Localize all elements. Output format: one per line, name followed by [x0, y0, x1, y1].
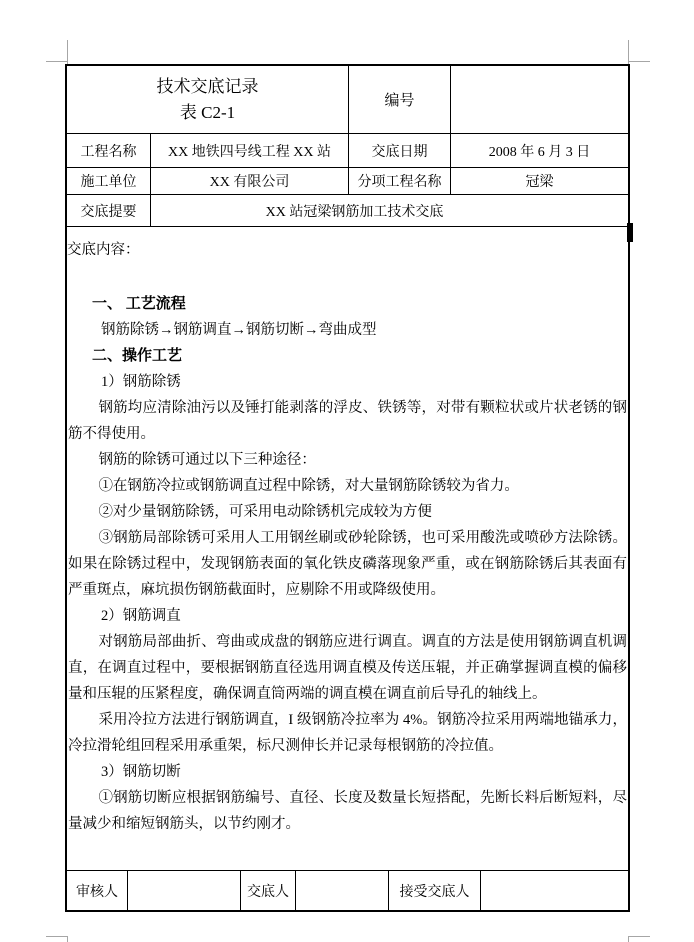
crop-mark-top-left-horizontal: [46, 61, 68, 62]
brief-value: XX 站冠梁钢筋加工技术交底: [151, 195, 628, 226]
number-label: 编号: [349, 66, 451, 133]
unit-row: 施工单位 XX 有限公司 分项工程名称 冠梁: [67, 168, 628, 195]
brief-label: 交底提要: [67, 195, 151, 226]
discloser-signature-cell: [296, 871, 389, 910]
crop-mark-top-right-horizontal: [628, 61, 650, 62]
section2-heading: 二、操作工艺: [68, 343, 627, 369]
content-label: 交底内容：: [67, 237, 627, 263]
item3-paragraph-1: ①钢筋切断应根据钢筋编号、直径、长度及数量长短搭配，先断长料后断短料，尽量减少和…: [68, 785, 627, 837]
document-page: 技术交底记录 表 C2-1 编号 工程名称 XX 地铁四号线工程 XX 站 交底…: [0, 0, 694, 942]
signature-row: 审核人 交底人 接受交底人: [67, 871, 628, 910]
sub-project-value: 冠梁: [451, 168, 628, 194]
form-subtitle: 表 C2-1: [180, 100, 235, 126]
project-name-label: 工程名称: [67, 134, 151, 167]
brief-row: 交底提要 XX 站冠梁钢筋加工技术交底: [67, 195, 628, 227]
item1-paragraph-2: 钢筋的除锈可通过以下三种途径：: [68, 447, 627, 473]
disclosure-date-value: 2008 年 6 月 3 日: [451, 134, 628, 167]
receiver-signature-cell: [481, 871, 628, 910]
item3-title: 3）钢筋切断: [68, 759, 627, 785]
form-title-cell: 技术交底记录 表 C2-1: [67, 66, 349, 133]
project-row: 工程名称 XX 地铁四号线工程 XX 站 交底日期 2008 年 6 月 3 日: [67, 134, 628, 168]
construction-unit-value: XX 有限公司: [151, 168, 349, 194]
number-value: [451, 66, 628, 133]
disclosure-date-label: 交底日期: [349, 134, 451, 167]
crop-mark-bottom-right-vertical: [628, 937, 629, 942]
construction-unit-label: 施工单位: [67, 168, 151, 194]
crop-mark-bottom-right-horizontal: [628, 936, 650, 937]
section1-heading: 一、 工艺流程: [68, 291, 627, 317]
reviewer-signature-cell: [128, 871, 241, 910]
discloser-label: 交底人: [241, 871, 296, 910]
process-flow-line: 钢筋除锈→钢筋调直→钢筋切断→弯曲成型: [68, 317, 627, 343]
item1-title: 1）钢筋除锈: [68, 369, 627, 395]
crop-mark-bottom-left-horizontal: [46, 936, 68, 937]
receiver-label: 接受交底人: [389, 871, 481, 910]
disclosure-record-table: 技术交底记录 表 C2-1 编号 工程名称 XX 地铁四号线工程 XX 站 交底…: [65, 64, 630, 912]
item2-title: 2）钢筋调直: [68, 603, 627, 629]
disclosure-content-area: 交底内容： 一、 工艺流程 钢筋除锈→钢筋调直→钢筋切断→弯曲成型 二、操作工艺…: [67, 227, 628, 871]
item1-paragraph-1: 钢筋均应清除油污以及锤打能剥落的浮皮、铁锈等，对带有颗粒状或片状老锈的钢筋不得使…: [68, 395, 627, 447]
sub-project-label: 分项工程名称: [349, 168, 451, 194]
crop-mark-bottom-left-vertical: [67, 937, 68, 942]
reviewer-label: 审核人: [67, 871, 128, 910]
item1-paragraph-4: ②对少量钢筋除锈，可采用电动除锈机完成较为方便: [68, 499, 627, 525]
item1-paragraph-5: ③钢筋局部除锈可采用人工用钢丝刷或砂轮除锈，也可采用酸洗或喷砂方法除锈。如果在除…: [68, 525, 627, 603]
form-title: 技术交底记录: [157, 74, 259, 100]
item1-paragraph-3: ①在钢筋冷拉或钢筋调直过程中除锈，对大量钢筋除锈较为省力。: [68, 473, 627, 499]
title-row: 技术交底记录 表 C2-1 编号: [67, 66, 628, 134]
right-border-tick: [627, 223, 633, 242]
project-name-value: XX 地铁四号线工程 XX 站: [151, 134, 349, 167]
item2-paragraph-2: 采用冷拉方法进行钢筋调直，I 级钢筋冷拉率为 4%。钢筋冷拉采用两端地锚承力，冷…: [68, 707, 627, 759]
item2-paragraph-1: 对钢筋局部曲折、弯曲或成盘的钢筋应进行调直。调直的方法是使用钢筋调直机调直，在调…: [68, 629, 627, 707]
